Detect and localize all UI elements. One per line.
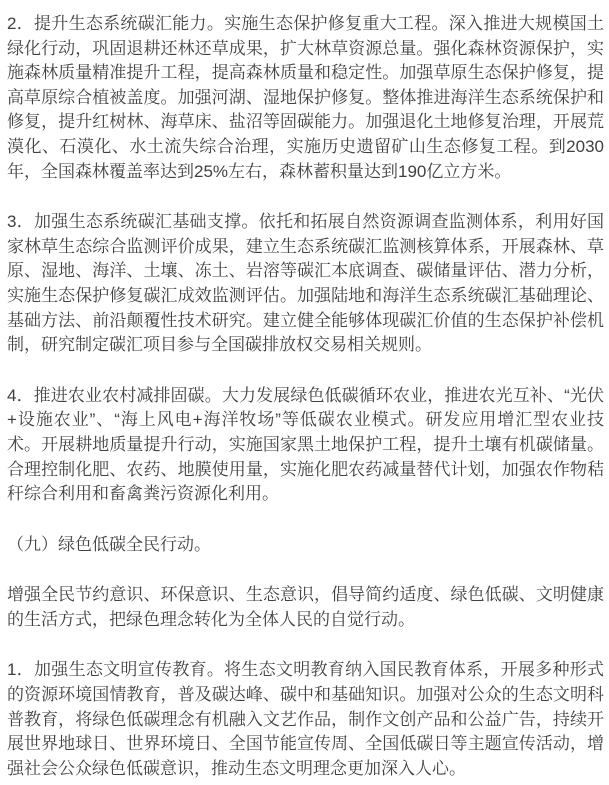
paragraph-public-awareness: 增强全民节约意识、环保意识、生态意识，倡导简约适度、绿色低碳、文明健康的生活方式… xyxy=(7,583,604,632)
paragraph-carbon-sink-foundation: 3．加强生态系统碳汇基础支撑。依托和拓展自然资源调查监测体系，利用好国家林草生态… xyxy=(7,210,604,358)
document-page: { "document": { "background_color": "#ff… xyxy=(0,0,609,785)
paragraph-carbon-sink-capacity: 2．提升生态系统碳汇能力。实施生态保护修复重大工程。深入推进大规模国土绿化行动，… xyxy=(7,12,604,184)
paragraph-agriculture-rural-carbon: 4．推进农业农村减排固碳。大力发展绿色低碳循环农业，推进农光互补、“光伏+设施农… xyxy=(7,384,604,507)
section-heading-green-lowcarbon-action: （九）绿色低碳全民行动。 xyxy=(7,533,604,558)
document-body: 2．提升生态系统碳汇能力。实施生态保护修复重大工程。深入推进大规模国土绿化行动，… xyxy=(0,0,609,781)
paragraph-ecological-civilization-education: 1．加强生态文明宣传教育。将生态文明教育纳入国民教育体系，开展多种形式的资源环境… xyxy=(7,658,604,781)
